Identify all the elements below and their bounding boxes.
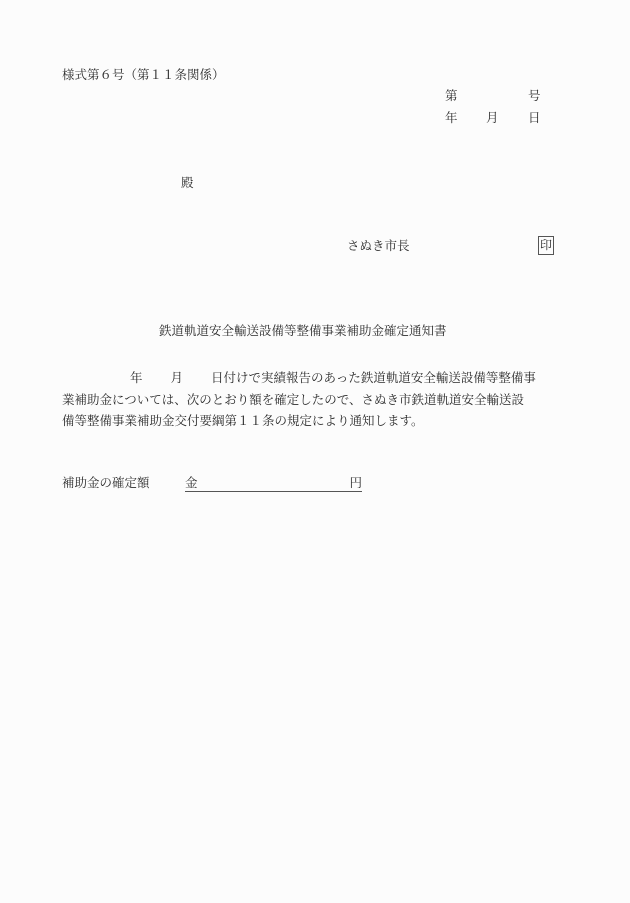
body-month-label: 月 — [171, 370, 184, 385]
body-paragraph: 年月日付けで実績報告のあった鉄道軌道安全輸送設備等整備事 業補助金については、次… — [62, 367, 582, 432]
form-number: 様式第６号（第１１条関係） — [62, 67, 225, 83]
body-line-2: 業補助金については、次のとおり額を確定したので、さぬき市鉄道軌道安全輸送設 — [62, 389, 582, 411]
amount-unit: 円 — [349, 475, 362, 491]
addressee-honorific: 殿 — [181, 175, 194, 191]
date-month-label: 月 — [486, 110, 499, 126]
amount-label: 補助金の確定額 — [62, 475, 150, 491]
body-line-3: 備等整備事業補助金交付要綱第１１条の規定により通知します。 — [62, 410, 582, 432]
amount-field: 金 円 — [185, 475, 362, 492]
amount-prefix: 金 — [185, 475, 198, 491]
seal-icon: 印 — [538, 236, 554, 255]
date-day-label: 日 — [528, 110, 541, 126]
body-line-1-text: 日付けで実績報告のあった鉄道軌道安全輸送設備等整備事 — [211, 370, 536, 385]
date-year-label: 年 — [445, 110, 458, 126]
issuer-title: さぬき市長 — [347, 238, 410, 254]
body-year-label: 年 — [130, 370, 143, 385]
document-number-suffix: 号 — [528, 88, 541, 104]
document-title: 鉄道軌道安全輸送設備等整備事業補助金確定通知書 — [159, 323, 447, 339]
document-number-prefix: 第 — [445, 88, 458, 104]
body-line-1: 年月日付けで実績報告のあった鉄道軌道安全輸送設備等整備事 — [62, 367, 582, 389]
